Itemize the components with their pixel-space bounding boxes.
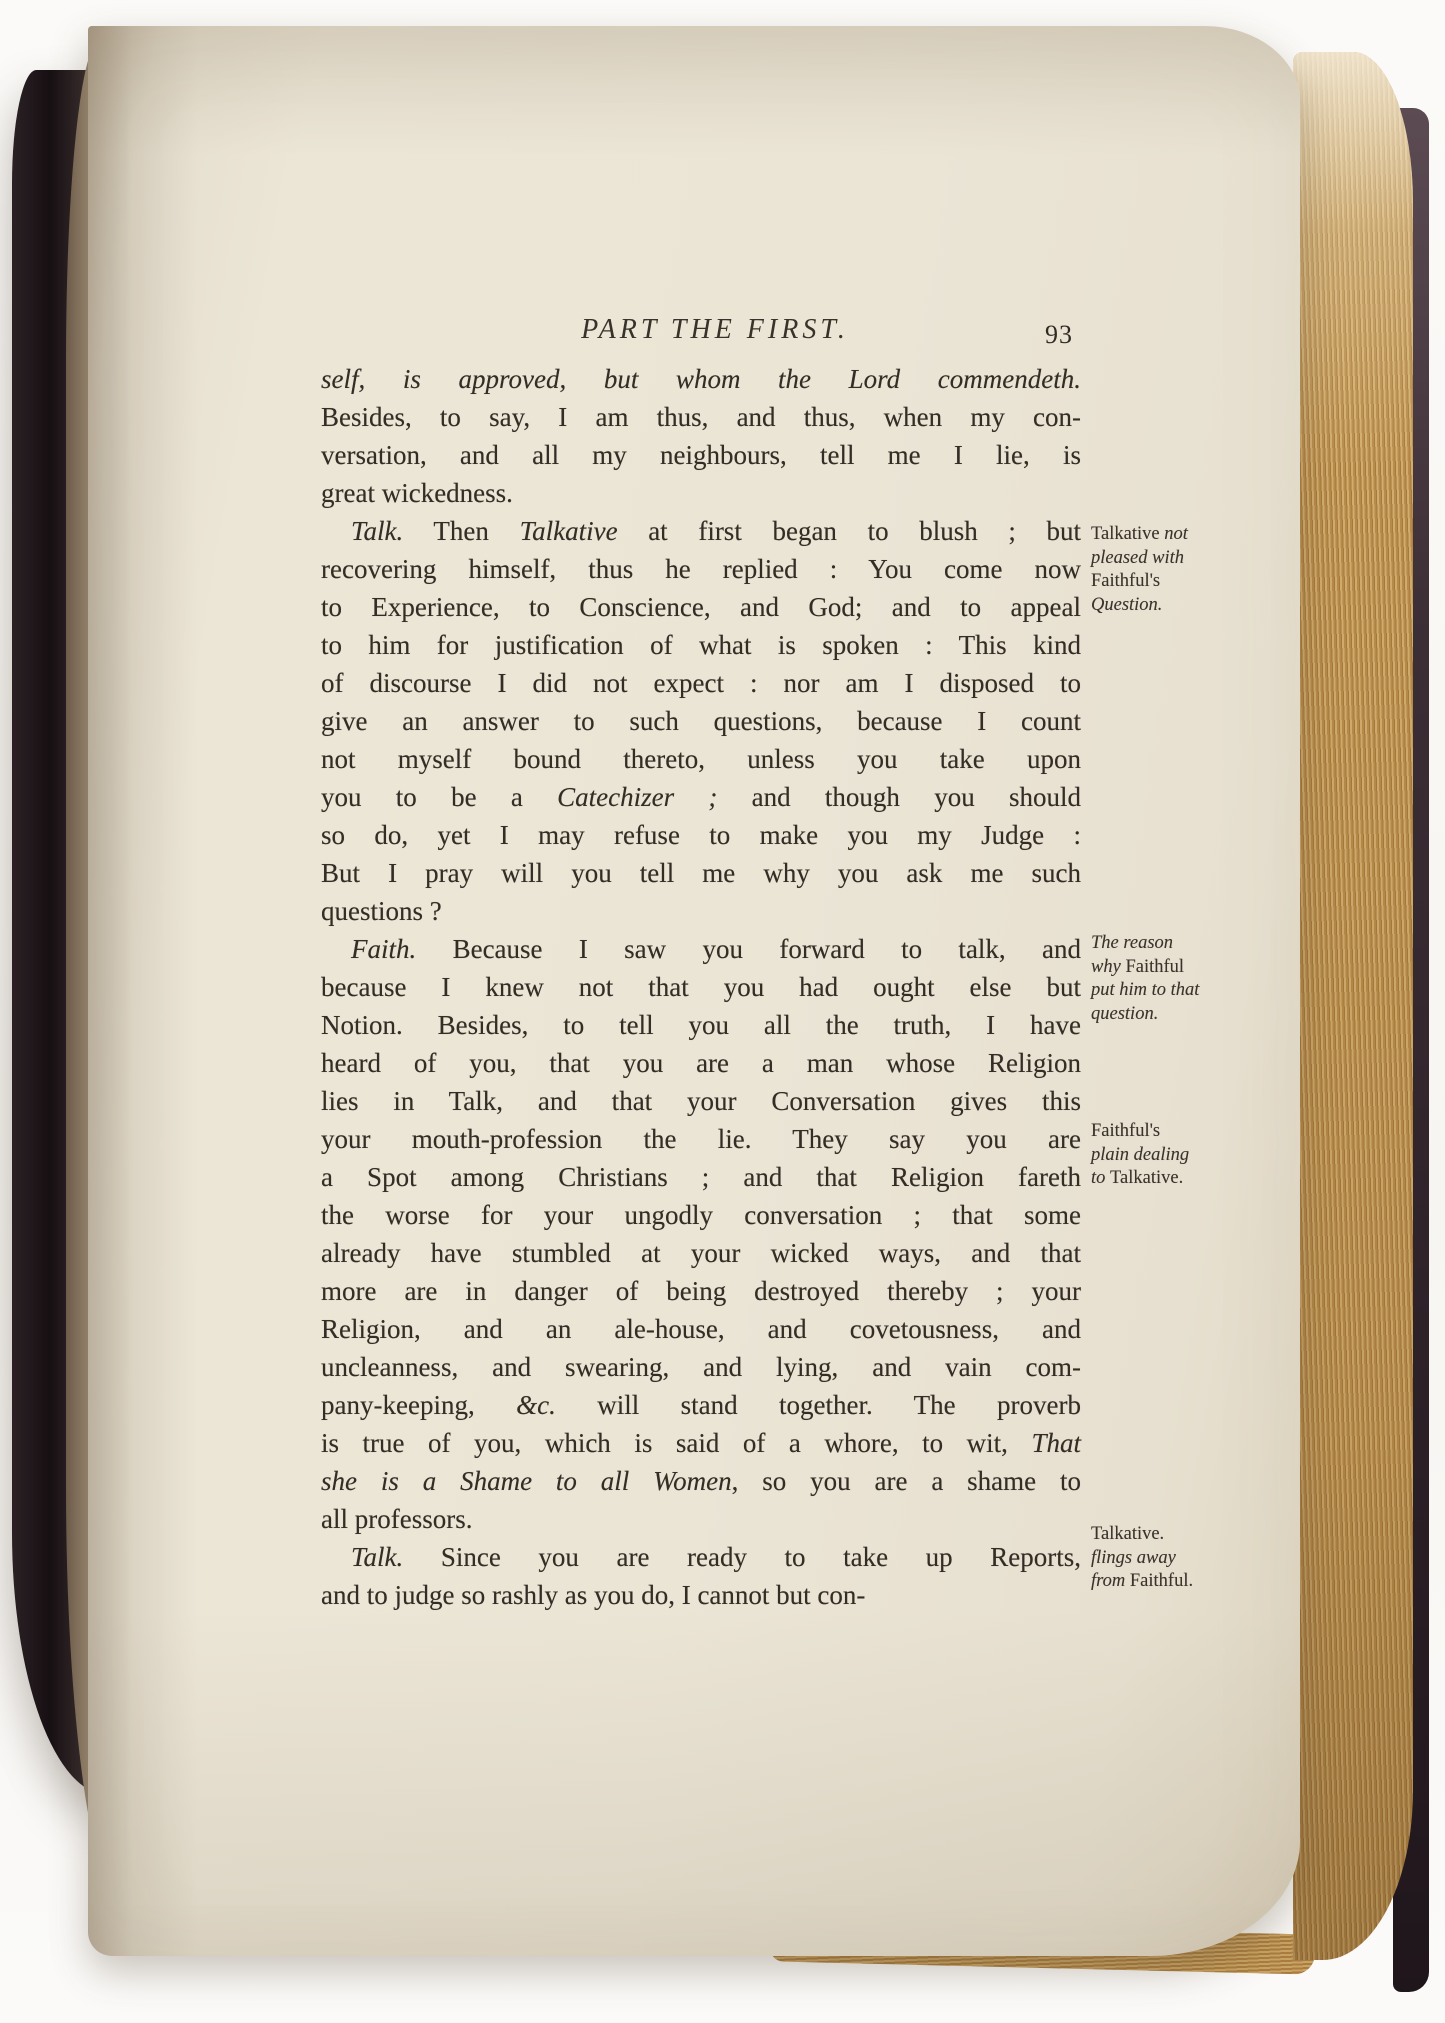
page-title: PART THE FIRST. [335,314,1095,346]
text-line: Talk. Since you are ready to take up Rep… [321,1538,1081,1576]
text-line: a Spot among Christians ; and that Relig… [321,1158,1081,1196]
text-line: heard of you, that you are a man whose R… [321,1044,1081,1082]
text-line: the worse for your ungodly conversation … [321,1196,1081,1234]
margin-note: Talkative notpleased withFaithful'sQuest… [1091,523,1313,617]
book-photo: PART THE FIRST. 93 self, is approved, bu… [0,0,1445,2023]
text-line: pany-keeping, &c. will stand together. T… [321,1386,1081,1424]
margin-note-line: plain dealing [1091,1144,1313,1168]
margin-note-line: to Talkative. [1091,1167,1313,1191]
margin-note-line: Faithful's [1091,1120,1313,1144]
text-line: your mouth-profession the lie. They say … [321,1120,1081,1158]
margin-note-line: The reason [1091,932,1313,956]
margin-note-line: why Faithful [1091,956,1313,980]
margin-note: Talkative.flings awayfrom Faithful. [1091,1523,1313,1594]
text-line: so do, yet I may refuse to make you my J… [321,816,1081,854]
text-line: to him for justification of what is spok… [321,626,1081,664]
text-line: But I pray will you tell me why you ask … [321,854,1081,892]
text-line: lies in Talk, and that your Conversation… [321,1082,1081,1120]
text-line: to Experience, to Conscience, and God; a… [321,588,1081,626]
margin-note-line: Question. [1091,594,1313,618]
text-line: versation, and all my neighbours, tell m… [321,436,1081,474]
text-line: more are in danger of being destroyed th… [321,1272,1081,1310]
text-line: give an answer to such questions, becaus… [321,702,1081,740]
text-line: all professors. [321,1500,1081,1538]
margin-note-line: pleased with [1091,547,1313,571]
text-line: is true of you, which is said of a whore… [321,1424,1081,1462]
page-header: PART THE FIRST. 93 [321,314,1081,358]
page-text: self, is approved, but whom the Lord com… [321,360,1081,1614]
margin-note-line: Talkative. [1091,1523,1313,1547]
text-line: she is a Shame to all Women, so you are … [321,1462,1081,1500]
margin-note-line: question. [1091,1003,1313,1027]
text-line: because I knew not that you had ought el… [321,968,1081,1006]
text-line: recovering himself, thus he replied : Yo… [321,550,1081,588]
text-line: already have stumbled at your wicked way… [321,1234,1081,1272]
text-line: Talk. Then Talkative at first began to b… [321,512,1081,550]
text-line: questions ? [321,892,1081,930]
text-line: you to be a Catechizer ; and though you … [321,778,1081,816]
text-line: not myself bound thereto, unless you tak… [321,740,1081,778]
text-line: Faith. Because I saw you forward to talk… [321,930,1081,968]
margin-notes: Talkative notpleased withFaithful'sQuest… [1091,52,1313,1982]
margin-note-line: put him to that [1091,979,1313,1003]
margin-note: The reasonwhy Faithfulput him to thatque… [1091,932,1313,1026]
text-line: and to judge so rashly as you do, I cann… [321,1576,1081,1614]
margin-note-line: from Faithful. [1091,1570,1313,1594]
margin-note-line: Faithful's [1091,570,1313,594]
text-line: Religion, and an ale-house, and covetous… [321,1310,1081,1348]
text-line: uncleanness, and swearing, and lying, an… [321,1348,1081,1386]
margin-note-line: flings away [1091,1547,1313,1571]
text-line: self, is approved, but whom the Lord com… [321,360,1081,398]
margin-note: Faithful'splain dealingto Talkative. [1091,1120,1313,1191]
page-number: 93 [1045,320,1073,350]
margin-note-line: Talkative not [1091,523,1313,547]
text-line: great wickedness. [321,474,1081,512]
book-page: PART THE FIRST. 93 self, is approved, bu… [88,26,1300,1956]
text-line: Notion. Besides, to tell you all the tru… [321,1006,1081,1044]
text-line: Besides, to say, I am thus, and thus, wh… [321,398,1081,436]
text-line: of discourse I did not expect : nor am I… [321,664,1081,702]
